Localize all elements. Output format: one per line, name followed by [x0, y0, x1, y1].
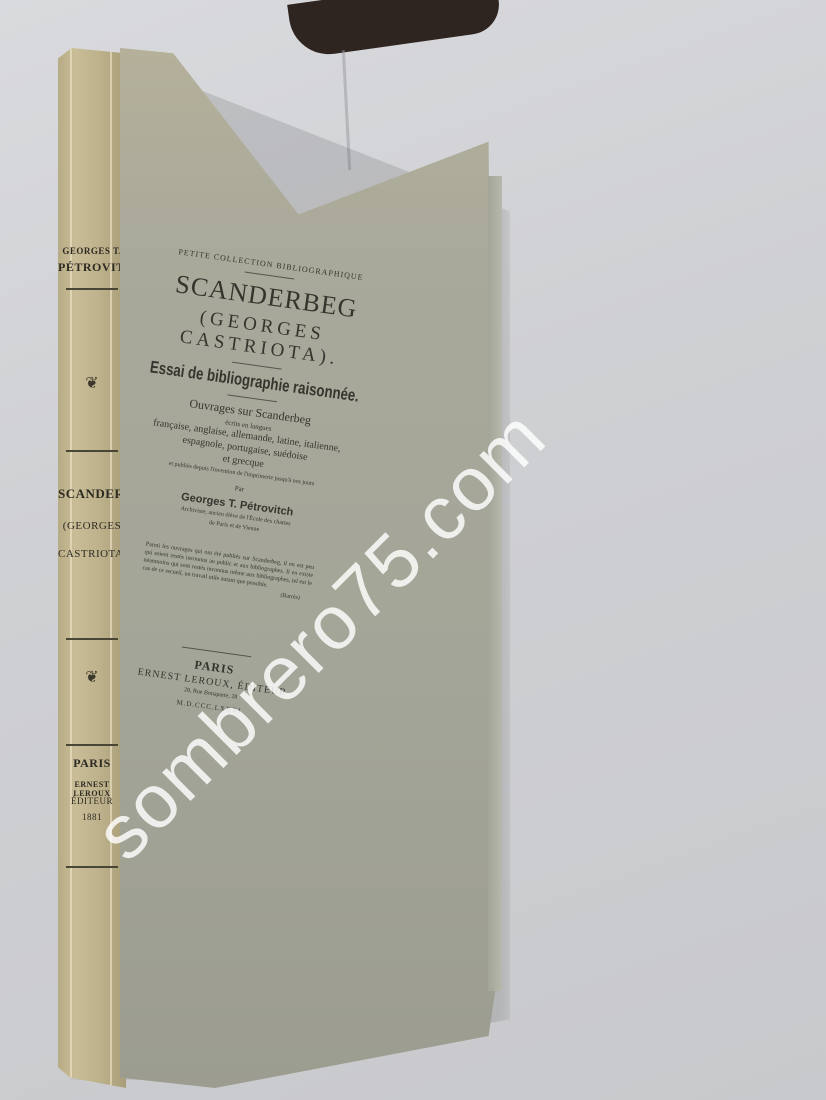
spine-city: PARIS	[58, 756, 126, 771]
spine-rule	[66, 288, 118, 290]
cover-quote: Parmi les ouvrages qui ont été publiés s…	[141, 540, 315, 603]
cover-rule	[227, 394, 277, 402]
cover-rule	[232, 362, 282, 370]
page-edge	[488, 176, 502, 991]
spine-rule	[66, 866, 118, 868]
cover-rule	[245, 272, 295, 280]
spine-author-prefix: GEORGES T.	[58, 246, 126, 256]
spine-ornament-icon: ❦	[82, 374, 102, 394]
spine-rule	[66, 744, 118, 746]
dark-object-top	[287, 0, 503, 59]
spine-crease	[70, 48, 72, 1088]
spine-author: PÉTROVITCH	[58, 260, 126, 275]
